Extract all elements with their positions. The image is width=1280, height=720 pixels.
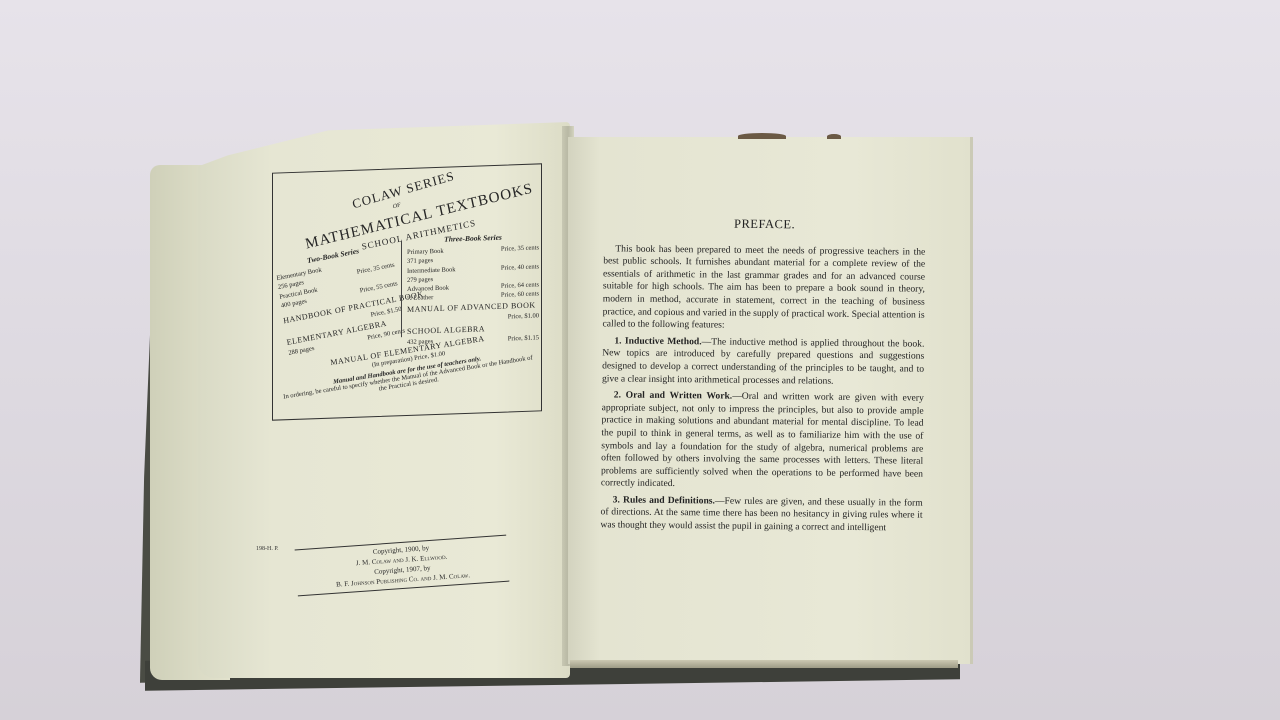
preface-heading: PREFACE. [604,216,926,232]
worn-spot [827,134,841,139]
print-code: 198-H. P. [256,546,279,552]
ad-title-of: OF [392,202,401,211]
publisher-advertisement: COLAW SERIES OF MATHEMATICAL TEXTBOOKS S… [272,163,542,420]
preface-text: PREFACE. This book has been prepared to … [600,216,925,539]
feature-paragraph: 2. Oral and Written Work.—Oral and writt… [601,389,924,493]
page-block-edge [570,660,958,668]
two-book-series: Two-Book Series Elementary Book 256 page… [274,241,406,358]
preface-intro: This book has been prepared to meet the … [602,243,925,335]
feature-paragraph: 3. Rules and Definitions.—Few rules are … [600,494,922,535]
column-divider [401,241,402,337]
feature-paragraph: 1. Inductive Method.—The inductive metho… [602,335,925,389]
worn-spot [738,133,786,139]
